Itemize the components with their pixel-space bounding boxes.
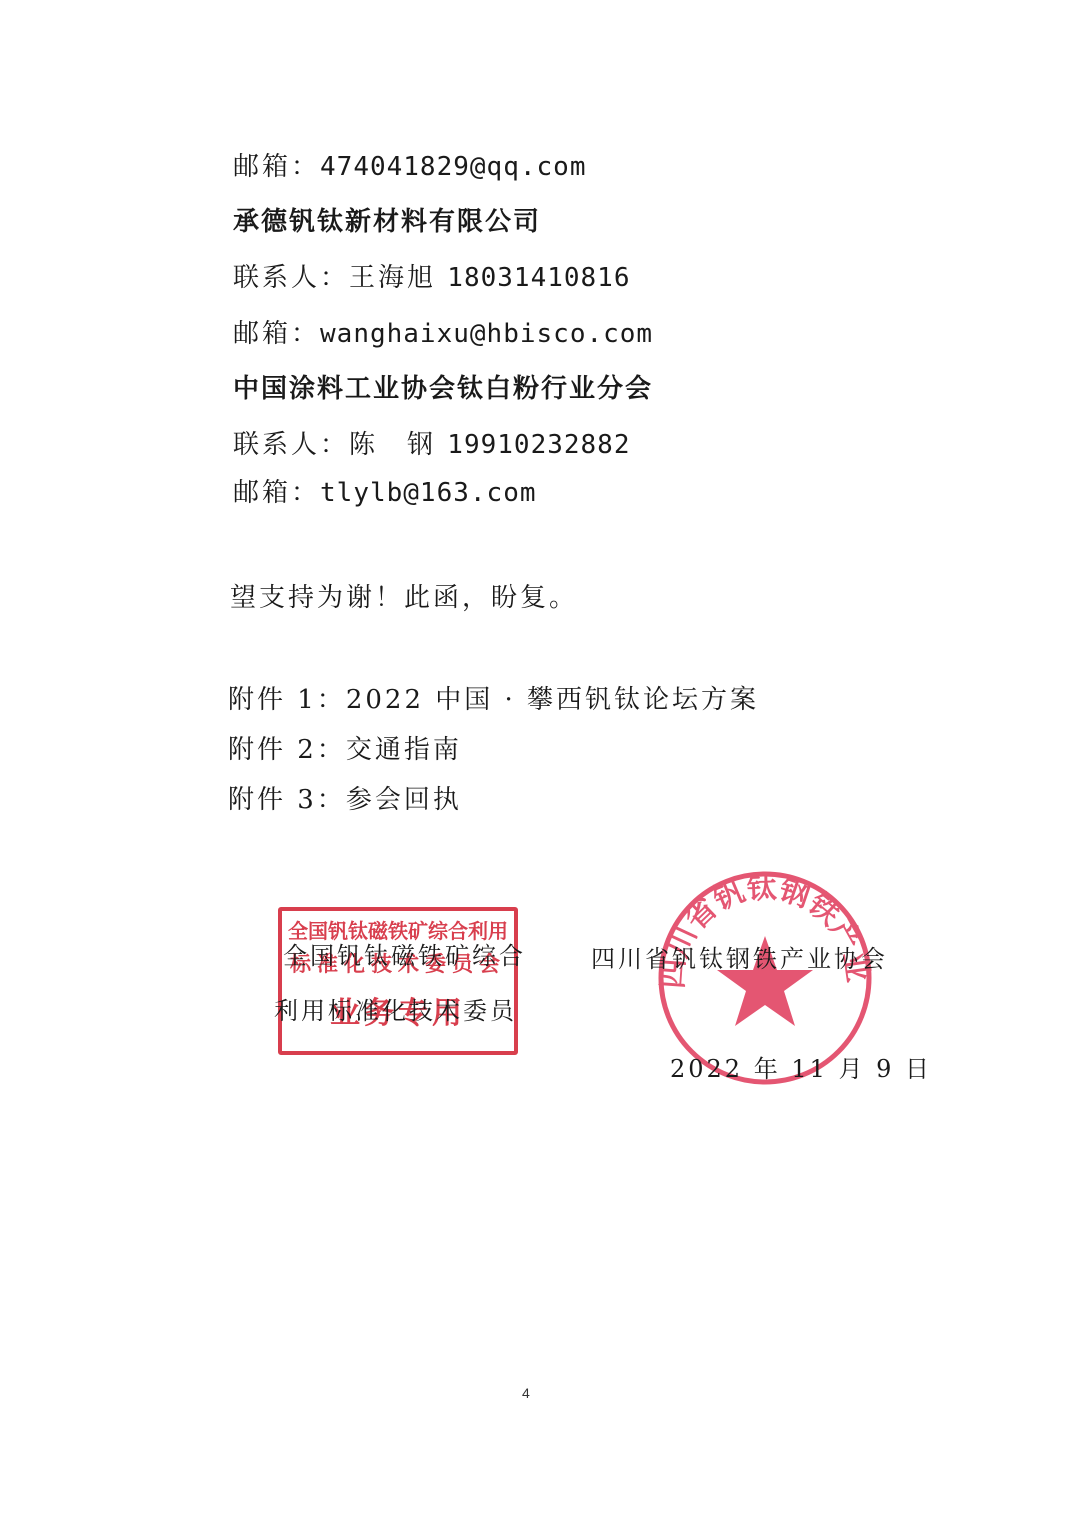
contact-phone: 19910232882 [447,430,630,460]
signature-right: 四川省钒钛钢铁产业协会 [591,939,888,974]
attachment-title: 2022 中国 · 攀西钒钛论坛方案 [346,685,759,715]
signature-left-line2: 利用标准化技术委员 [274,991,517,1026]
contact-line-coatings: 联系人：陈 钢 19910232882 [233,424,630,461]
org-name-chengde: 承德钒钛新材料有限公司 [233,201,541,238]
contact-line-chengde: 联系人：王海旭 18031410816 [233,257,630,294]
page-number: 4 [522,1385,530,1401]
email-label: 邮箱： [233,319,320,349]
contact-phone: 18031410816 [447,263,630,293]
contact-label: 联系人： [233,430,349,460]
closing-text: 望支持为谢！此函，盼复。 [230,577,578,614]
org-name-coatings: 中国涂料工业协会钛白粉行业分会 [233,368,653,405]
contact-name: 王海旭 [349,263,436,293]
email-value: 474041829@qq.com [320,152,586,182]
email-label: 邮箱： [233,478,320,508]
attachment-2: 附件 2：交通指南 [228,729,462,766]
attachment-label: 附件 1： [228,685,346,715]
email-value: wanghaixu@hbisco.com [320,319,653,349]
email-line-chengde: 邮箱：wanghaixu@hbisco.com [233,313,653,350]
attachment-title: 参会回执 [346,785,462,815]
email-line-1: 邮箱：474041829@qq.com [233,146,586,183]
signature-left-line1: 全国钒钛磁铁矿综合 [283,936,526,971]
email-label: 邮箱： [233,152,320,182]
rect-seal-stamp: 全国钒钛磁铁矿综合利用 标准化技术委员会 业务专用 [278,907,518,1055]
contact-label: 联系人： [233,263,349,293]
attachment-3: 附件 3：参会回执 [228,779,462,816]
email-value: tlylb@163.com [320,478,537,508]
attachment-title: 交通指南 [346,735,462,765]
signature-date: 2022 年 11 月 9 日 [670,1049,932,1084]
email-line-coatings: 邮箱：tlylb@163.com [233,472,537,509]
attachment-label: 附件 3： [228,785,346,815]
contact-name: 陈 钢 [349,430,436,460]
attachment-1: 附件 1：2022 中国 · 攀西钒钛论坛方案 [228,679,759,716]
attachment-label: 附件 2： [228,735,346,765]
